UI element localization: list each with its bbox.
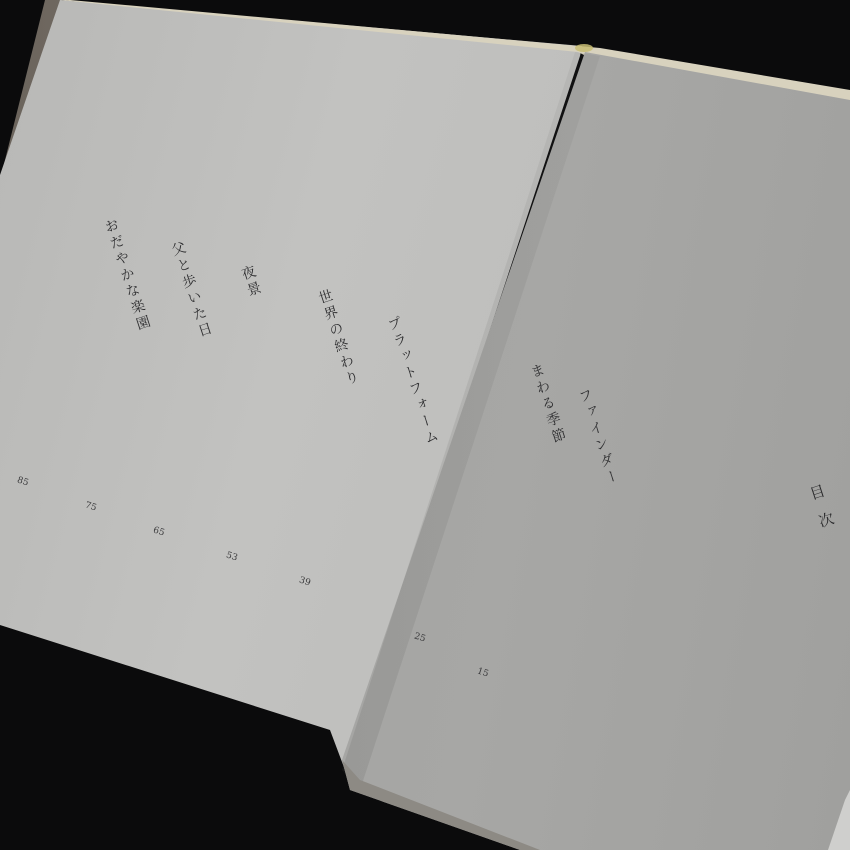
- spine-gold-mark: [575, 44, 593, 52]
- book-photo: 目次 ファインダー 15 まわる季節 25 プラットフォーム 39 世界の終わり…: [0, 0, 850, 850]
